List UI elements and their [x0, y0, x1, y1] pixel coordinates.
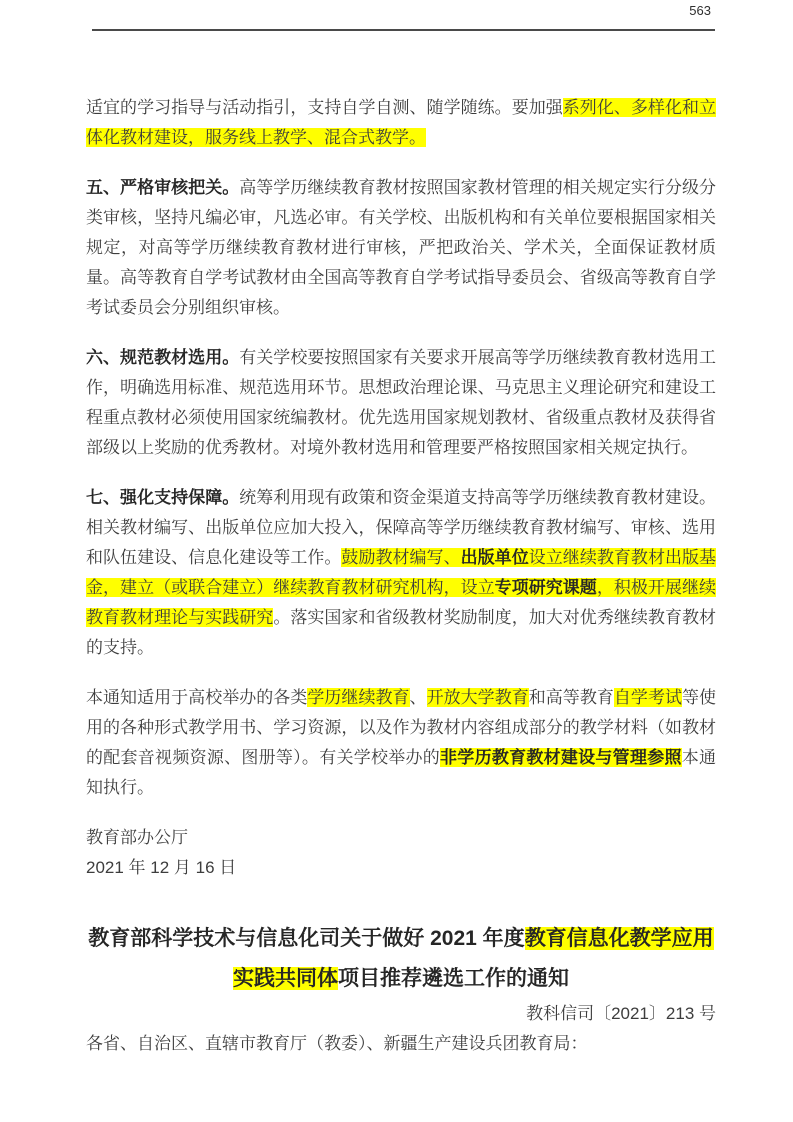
scope-highlight-2: 开放大学教育 [427, 688, 529, 707]
section-6-paragraph: 六、规范教材选用。有关学校要按照国家有关要求开展高等学历继续教育教材选用工作，明… [86, 343, 716, 463]
signature-date: 2021 年 12 月 16 日 [86, 853, 716, 883]
scope-highlight-1: 学历继续教育 [307, 688, 409, 707]
paragraph-intro: 适宜的学习指导与活动指引，支持自学自测、随学随练。要加强系列化、多样化和立体化教… [86, 93, 716, 153]
section-7-highlight-bold-1: 出版单位 [461, 548, 529, 567]
intro-text: 适宜的学习指导与活动指引，支持自学自测、随学随练。要加强 [86, 98, 563, 117]
section-5-heading: 五、严格审核把关。 [86, 178, 239, 197]
notice-body: 适宜的学习指导与活动指引，支持自学自测、随学随练。要加强系列化、多样化和立体化教… [86, 93, 716, 1059]
scope-highlight-bold: 非学历教育教材建设与管理参照 [440, 748, 682, 767]
section-7-heading: 七、强化支持保障。 [86, 488, 239, 507]
document-page: 563 适宜的学习指导与活动指引，支持自学自测、随学随练。要加强系列化、多样化和… [0, 0, 793, 1122]
section-7-highlight-bold-2: 专项研究课题 [495, 578, 597, 597]
salutation-line: 各省、自治区、直辖市教育厅（教委）、新疆生产建设兵团教育局： [86, 1029, 716, 1059]
section-6-heading: 六、规范教材选用。 [86, 348, 239, 367]
header-divider [92, 29, 715, 31]
scope-highlight-3: 自学考试 [614, 688, 682, 707]
section-5-body: 高等学历继续教育教材按照国家教材管理的相关规定实行分级分类审核，坚持凡编必审，凡… [86, 178, 716, 317]
scope-text-2: 、 [410, 688, 427, 707]
signer-name: 教育部办公厅 [86, 823, 716, 853]
scope-text-1: 本通知适用于高校举办的各类 [86, 688, 307, 707]
section-7-highlight-1: 鼓励教材编写、 [341, 548, 460, 567]
section-5-paragraph: 五、严格审核把关。高等学历继续教育教材按照国家教材管理的相关规定实行分级分类审核… [86, 173, 716, 323]
document-number: 教科信司〔2021〕213 号 [86, 999, 716, 1029]
notice2-title: 教育部科学技术与信息化司关于做好 2021 年度教育信息化教学应用实践共同体项目… [86, 919, 716, 999]
scope-text-3: 和高等教育 [529, 688, 614, 707]
section-7-paragraph: 七、强化支持保障。统筹利用现有政策和资金渠道支持高等学历继续教育教材建设。相关教… [86, 483, 716, 663]
page-number: 563 [689, 3, 711, 18]
scope-paragraph: 本通知适用于高校举办的各类学历继续教育、开放大学教育和高等教育自学考试等使用的各… [86, 683, 716, 803]
notice2-title-text-2: 项目推荐遴选工作的通知 [338, 967, 569, 990]
notice2-title-text-1: 教育部科学技术与信息化司关于做好 2021 年度 [88, 927, 524, 950]
